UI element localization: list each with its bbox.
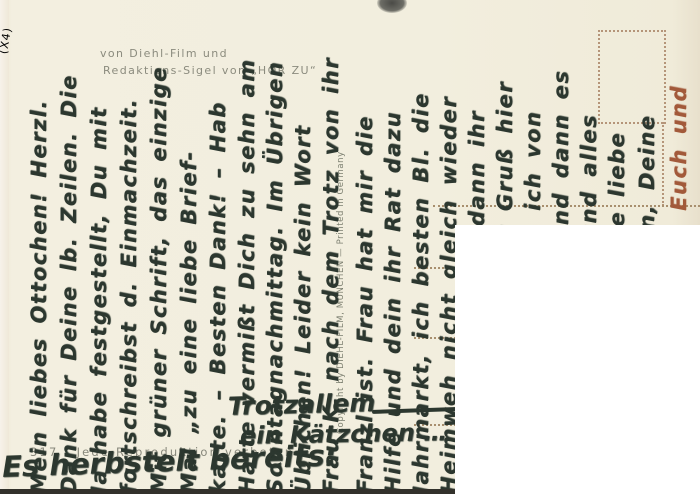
stamp-box-tail-line — [662, 122, 664, 206]
handwriting-column: karte. – Besten Dank! – Hab — [205, 0, 231, 494]
handwriting-column: Mit grüner Schrift, das einzige — [146, 0, 172, 494]
handwriting-column: fortschreibst d. Einmachzeit. — [116, 0, 142, 494]
white-cutout-overlay — [455, 225, 700, 494]
handwriting-column: Mal „zu eine liebe Brief- — [176, 0, 202, 494]
scan-edge-bottom — [0, 489, 456, 494]
handwriting-column: Mein liebes Ottochen! Herzl. — [26, 0, 52, 494]
handwriting-column: Dank für Deine lb. Zeilen. Die — [56, 0, 82, 494]
handwriting-bottom-line: Trotzallem — [228, 388, 376, 421]
postcard-scan: von Diehl-Film und Redaktions-Sigel von … — [0, 0, 700, 494]
handwriting-column: Ja habe festgestellt, Du mit — [86, 0, 112, 494]
scan-edge-left — [0, 0, 9, 494]
pencil-note: (X4) — [0, 26, 14, 55]
